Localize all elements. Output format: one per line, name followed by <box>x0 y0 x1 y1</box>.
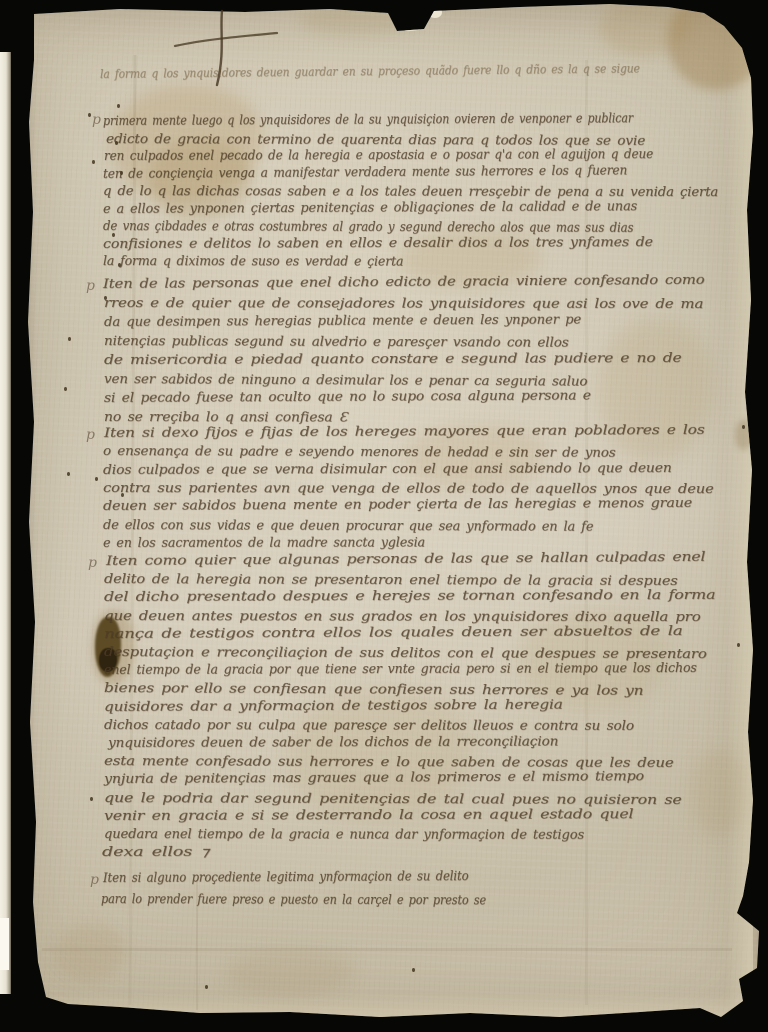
paragraph-mark: p <box>92 113 101 127</box>
manuscript-line: primera mente luego q los ynquisidores d… <box>103 112 633 129</box>
manuscript-line: confisiones e delitos lo saben en ellos … <box>103 236 653 252</box>
manuscript-line: la forma q diximos de suso es verdad e ç… <box>103 255 403 270</box>
paragraph-mark: p <box>88 556 97 570</box>
manuscript-line: Iten si alguno proçediente legitima ynfo… <box>103 870 469 886</box>
manuscript-text: la forma q los ynquisidores deuen guarda… <box>0 0 768 1032</box>
manuscript-line: para lo prender fuere preso e puesto en … <box>101 893 486 909</box>
manuscript-line: quisidores dar a ynformaçion de testigos… <box>104 699 563 716</box>
manuscript-line: Iten de las personas que enel dicho edic… <box>103 274 705 292</box>
manuscript-line: rreos e de quier que de consejadores los… <box>104 297 703 312</box>
manuscript-line: q de lo q las dichas cosas saben e a los… <box>103 185 718 200</box>
manuscript-line: Iten como quier que algunas personas de … <box>106 551 706 569</box>
manuscript-line: ynquisidores deuen de saber de los dicho… <box>108 735 558 751</box>
manuscript-line: nitençias publicas segund su alvedrio e … <box>104 335 569 351</box>
manuscript-heading: la forma q los ynquisidores deuen guarda… <box>100 62 640 81</box>
manuscript-line: dios culpados e que se verna disimular c… <box>103 462 672 478</box>
manuscript-line: delito de la heregia non se presentaron … <box>104 573 678 589</box>
paragraph-mark: p <box>86 428 95 442</box>
manuscript-line: ynjuria de penitençias mas graues que a … <box>104 770 644 787</box>
manuscript-line: ren culpados enel pecado de la heregia e… <box>104 148 653 164</box>
manuscript-line: del dicho presentado despues e herejes s… <box>104 589 715 605</box>
manuscript-line: deuen ser sabidos buena mente en poder ç… <box>103 497 692 514</box>
manuscript-line: que deuen antes puestos en sus grados en… <box>104 610 701 625</box>
manuscript-line: bienes por ello se confiesan que confies… <box>104 682 643 699</box>
manuscript-line: dichos catado por su culpa que paresçe s… <box>104 719 634 734</box>
paragraph-mark: p <box>86 279 95 293</box>
manuscript-line: o ensenança de su padre e seyendo menore… <box>103 445 616 461</box>
manuscript-line: de misericordia e piedad quanto constare… <box>104 352 682 368</box>
manuscript-line: si el pecado fuese tan oculto que no lo … <box>104 389 591 406</box>
manuscript-line: da que desimpen sus heregias publica men… <box>104 314 581 331</box>
manuscript-line: desputaçion e rreconçiliaçion de sus del… <box>104 646 707 662</box>
manuscript-line: quedara enel tiempo de la gracia e nunca… <box>104 828 584 843</box>
manuscript-line: de ellos con sus vidas e que deuen procu… <box>103 519 593 535</box>
manuscript-line: enel tiempo de la gracia por que tiene s… <box>104 662 697 678</box>
manuscript-line: ten de conçiençia venga a manifestar ver… <box>103 164 627 182</box>
manuscript-line: de vnas çibdades e otras costumbres al g… <box>103 220 633 236</box>
manuscript-line: nança de testigos contra ellos los quale… <box>104 625 683 642</box>
manuscript-line: e a ellos les ynponen çiertas penitençia… <box>103 200 637 217</box>
manuscript-line: que le podria dar segund penitençias de … <box>104 792 682 808</box>
manuscript-line: Iten si dexo fijos e fijas de los herege… <box>104 424 705 441</box>
manuscript-line: venir en gracia e si se desterrando la c… <box>104 808 633 824</box>
manuscript-line: dexa ellos ⁊ <box>102 846 209 860</box>
paragraph-mark: p <box>90 873 99 887</box>
manuscript-line: contra sus parientes avn que venga de el… <box>103 482 714 497</box>
manuscript-line: no se rreçiba lo q ansi confiesa Ɛ <box>104 411 348 426</box>
manuscript-line: e en los sacramentos de la madre sancta … <box>103 536 425 551</box>
manuscript-line: ven ser sabidos de ninguno a desimular l… <box>104 373 587 390</box>
photo-background: la forma q los ynquisidores deuen guarda… <box>0 0 768 1032</box>
